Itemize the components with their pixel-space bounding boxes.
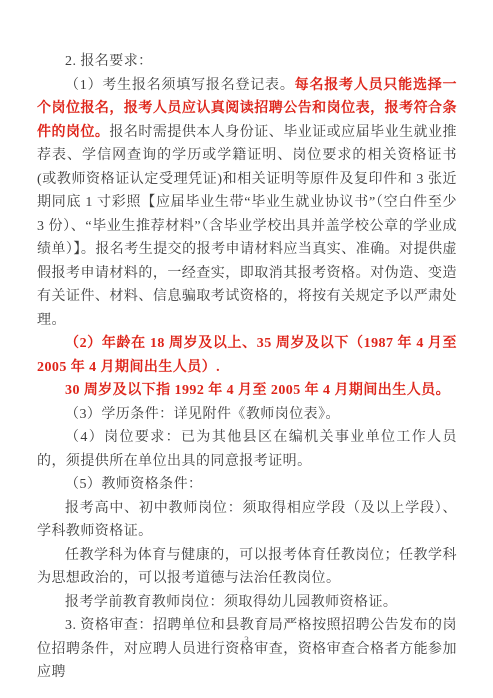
text-run: （5）教师资格条件： — [65, 477, 203, 492]
paragraph: 30 周岁及以下指 1992 年 4 月至 2005 年 4 月期间出生人员。 — [37, 379, 457, 403]
paragraph: （2）年龄在 18 周岁及以上、35 周岁及以下（1987 年 4 月至 200… — [37, 332, 457, 379]
paragraph: 2. 报名要求： — [37, 50, 457, 74]
paragraph: （4）岗位要求：已为其他县区在编机关事业单位工作人员的，须提供所在单位出具的同意… — [37, 426, 457, 473]
document-body: 2. 报名要求：（1）考生报名须填写报名登记表。每名报考人员只能选择一个岗位报名… — [37, 50, 457, 685]
paragraph: 报考学前教育教师岗位：须取得幼儿园教师资格证。 — [37, 591, 457, 615]
text-run: 报名时需提供本人身份证、毕业证或应届毕业生就业推荐表、学信网查询的学历或学籍证明… — [37, 125, 457, 328]
text-run: （1）考生报名须填写报名登记表。 — [65, 78, 295, 93]
page-number: 3 — [0, 636, 493, 646]
text-run: 报考高中、初中教师岗位：须取得相应学段（及以上学段）、学科教师资格证。 — [37, 501, 457, 540]
text-run: 2. 报名要求： — [65, 54, 153, 69]
paragraph: 报考高中、初中教师岗位：须取得相应学段（及以上学段）、学科教师资格证。 — [37, 497, 457, 544]
paragraph: （3）学历条件：详见附件《教师岗位表》。 — [37, 403, 457, 427]
text-run: （3）学历条件：详见附件《教师岗位表》。 — [65, 407, 340, 422]
paragraph: 3. 资格审查：招聘单位和县教育局严格按照招聘公告发布的岗位招聘条件，对应聘人员… — [37, 614, 457, 685]
paragraph: （1）考生报名须填写报名登记表。每名报考人员只能选择一个岗位报名，报考人员应认真… — [37, 74, 457, 333]
paragraph: （5）教师资格条件： — [37, 473, 457, 497]
text-run: （2）年龄在 18 周岁及以上、35 周岁及以下（1987 年 4 月至 200… — [37, 336, 457, 375]
paragraph: 任教学科为体育与健康的，可以报考体育任教岗位；任教学科为思想政治的，可以报考道德… — [37, 544, 457, 591]
text-run: 3. 资格审查：招聘单位和县教育局严格按照招聘公告发布的岗位招聘条件，对应聘人员… — [37, 618, 457, 680]
text-run: 30 周岁及以下指 1992 年 4 月至 2005 年 4 月期间出生人员。 — [65, 383, 450, 398]
text-run: （4）岗位要求：已为其他县区在编机关事业单位工作人员的，须提供所在单位出具的同意… — [37, 430, 457, 469]
document-page: 2. 报名要求：（1）考生报名须填写报名登记表。每名报考人员只能选择一个岗位报名… — [0, 0, 493, 698]
text-run: 任教学科为体育与健康的，可以报考体育任教岗位；任教学科为思想政治的，可以报考道德… — [37, 548, 457, 587]
text-run: 报考学前教育教师岗位：须取得幼儿园教师资格证。 — [65, 595, 397, 610]
